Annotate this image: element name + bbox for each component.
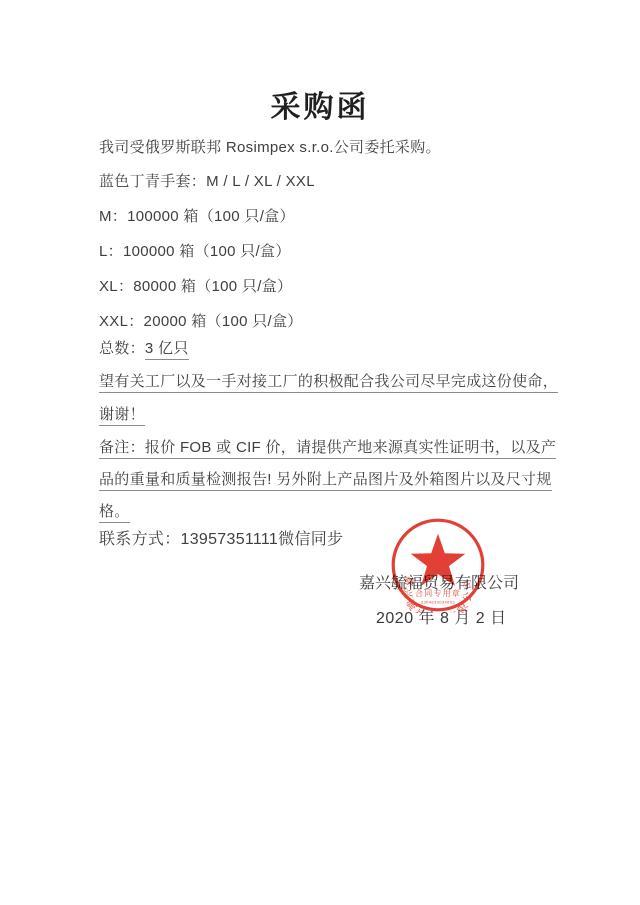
total-value: 3 亿只: [145, 340, 189, 360]
signature-company: 嘉兴毓福贸易有限公司: [359, 570, 519, 593]
signature-date: 2020 年 8 月 2 日: [376, 605, 507, 628]
quantity-line-xxl: XXL：20000 箱（100 只/盒）: [99, 311, 303, 333]
contact-value: 13957351111微信同步: [181, 531, 344, 548]
remark-line-1: 备注：报价 FOB 或 CIF 价，请提供产地来源真实性证明书，以及产: [99, 437, 556, 459]
quantity-line-l: L：100000 箱（100 只/盒）: [99, 241, 291, 263]
purchase-letter-page: 采购函 我司受俄罗斯联邦 Rosimpex s.r.o.公司委托采购。 蓝色丁青…: [0, 0, 640, 905]
seal-serial-number: 3304833034603: [421, 599, 455, 604]
intro-line: 我司受俄罗斯联邦 Rosimpex s.r.o.公司委托采购。: [99, 137, 441, 159]
total-line: 总数：3 亿只: [99, 338, 189, 360]
quantity-line-m: M：100000 箱（100 只/盒）: [99, 206, 295, 228]
quantity-line-xl: XL：80000 箱（100 只/盒）: [99, 276, 292, 298]
contact-label: 联系方式：: [99, 531, 181, 548]
seal-ring: [393, 520, 483, 610]
company-seal-stamp-icon: 嘉兴毓福贸易有限公司 合同专用章 3304833034603: [390, 517, 486, 613]
remark-line-2: 品的重量和质量检测报告! 另外附上产品图片及外箱图片以及尺寸规: [99, 469, 552, 491]
contact-line: 联系方式：13957351111微信同步: [99, 529, 343, 551]
page-title: 采购函: [0, 82, 640, 126]
spec-header-line: 蓝色丁青手套：M / L / XL / XXL: [99, 171, 315, 193]
request-line-1: 望有关工厂以及一手对接工厂的积极配合我公司尽早完成这份使命，: [99, 371, 558, 393]
total-label: 总数：: [99, 340, 145, 357]
request-line-2: 谢谢！: [99, 404, 145, 426]
remark-line-3: 格。: [99, 501, 130, 523]
